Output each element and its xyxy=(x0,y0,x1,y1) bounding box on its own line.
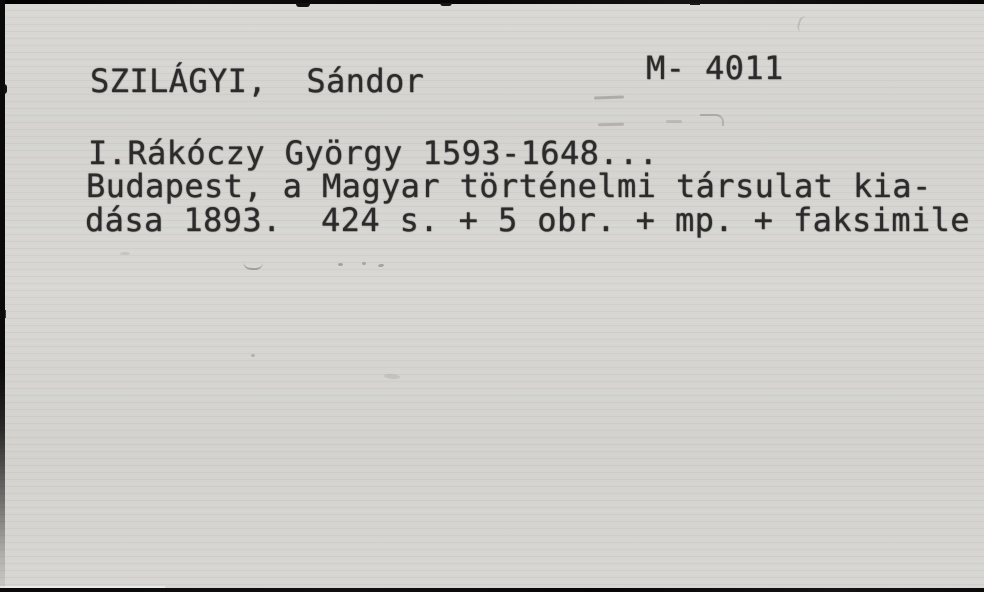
scan-edge-artifact xyxy=(4,310,6,318)
scan-edge-bottom xyxy=(0,588,984,592)
ink-smudge xyxy=(120,252,130,255)
ink-smudge xyxy=(378,264,384,268)
scan-edge-artifact xyxy=(296,3,310,7)
scan-edge-artifact xyxy=(4,84,7,94)
collation-line: dása 1893. 424 s. + 5 obr. + mp. + faksi… xyxy=(85,201,970,239)
ink-smudge xyxy=(251,354,255,357)
ghost-mark xyxy=(666,120,682,123)
imprint-line: Budapest, a Magyar történelmi társulat k… xyxy=(86,167,932,205)
ghost-mark xyxy=(598,123,624,126)
ink-smudge xyxy=(384,373,400,379)
ink-smudge xyxy=(362,262,366,265)
call-number: M- 4011 xyxy=(646,49,784,87)
catalog-card-scan: M- 4011 SZILÁGYI, Sándor I.Rákóczy Györg… xyxy=(0,0,984,592)
author-heading: SZILÁGYI, Sándor xyxy=(90,62,424,100)
ink-smudge xyxy=(338,263,343,266)
ghost-mark xyxy=(700,114,724,126)
ink-smudge xyxy=(243,261,263,270)
scan-edge-artifact xyxy=(440,3,452,6)
ghost-mark xyxy=(594,95,624,99)
scan-edge-top xyxy=(0,0,984,4)
ghost-mark xyxy=(796,15,810,33)
scan-edge-artifact xyxy=(690,3,700,5)
